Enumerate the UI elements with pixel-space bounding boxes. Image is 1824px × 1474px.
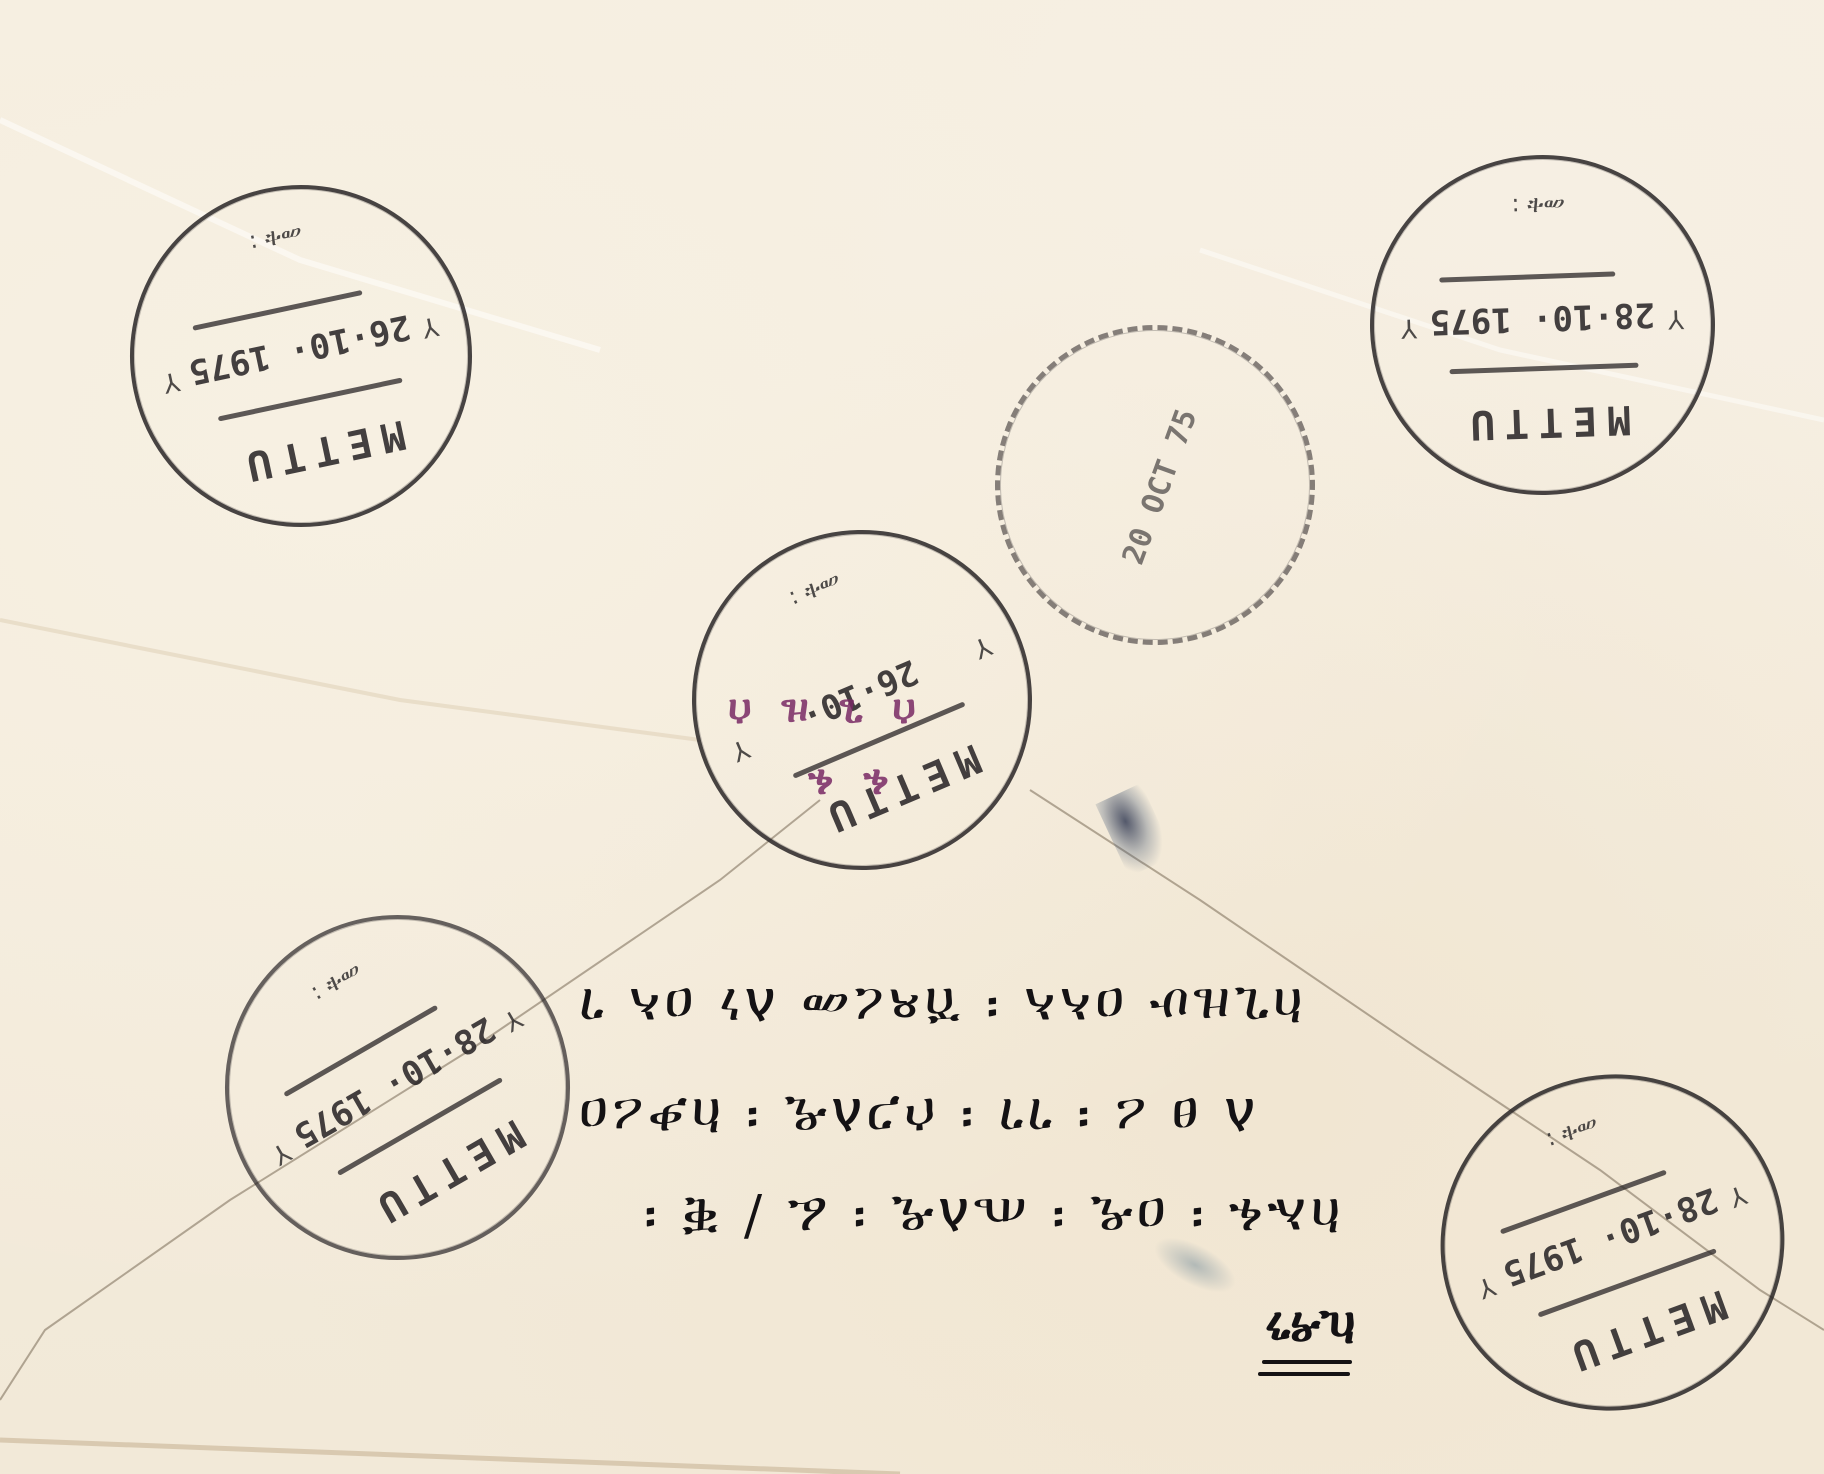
postmark-code: መቱ : [1543,1110,1603,1155]
postmark-date: 28·10· 1975 [1429,294,1655,342]
postmark-code: መቱ : [247,220,305,259]
postmark-bar [1440,271,1615,282]
postmark-date: 28·10· 1975 [1498,1179,1723,1294]
postmark-top-right: METTU 28·10· 1975 Y Y መቱ : [1364,149,1721,501]
violet-overprint-line2: ፋ ፋ [800,760,889,807]
postmark-mark-right: Y [160,366,182,399]
postmark-code: መቱ : [307,957,367,1008]
faint-postmark-date: 20 OCT 75 [1116,404,1204,569]
postmark-bar [1450,363,1639,375]
postmark-mark-right: Y [1400,313,1417,344]
postmark-town: METTU [361,1110,532,1235]
postmark-mark-left: Y [969,630,995,664]
postmark-mark-right: Y [727,733,753,767]
postmark-mark-left: Y [498,1002,527,1036]
postmark-bar [218,377,402,421]
postmark-mark-right: Y [1474,1270,1499,1304]
violet-overprint-line1: ሰ ጌ ዜ ሰ [720,690,916,737]
envelope-back: METTU 26·10· 1975 Y Y መቱ : METTU 28·10· … [0,0,1824,1474]
postmark-code: መቱ : [785,567,845,614]
postmark-mark-left: Y [1667,303,1684,334]
handwritten-line-2: ለ ፀ ሪ ፡ ገገ ፡ ሶጋለዲ ፡ ከቃሪዐ [575,1085,1255,1149]
postmark-mark-right: Y [267,1136,296,1170]
signature-underline [1262,1360,1352,1364]
postmark-mark-left: Y [1725,1178,1750,1212]
handwritten-signature: ኪዳን [1265,1300,1355,1357]
postmark-town: METTU [233,411,409,491]
postmark-mark-left: Y [419,311,441,344]
handwritten-line-1: ከጊዜሁ ዐኣኣ ፡ ሽጻረመ ለነ ዐኣ ገ [575,975,1302,1039]
postmark-town: METTU [1460,396,1632,448]
postmark-code: መቱ : [1511,191,1566,221]
signature-underline [1258,1372,1350,1376]
handwritten-line-3: ከኡፋ ፡ ዐዲ ፡ ጤለዲ ፡ ፈ / ቒ ፡ [640,1185,1340,1249]
